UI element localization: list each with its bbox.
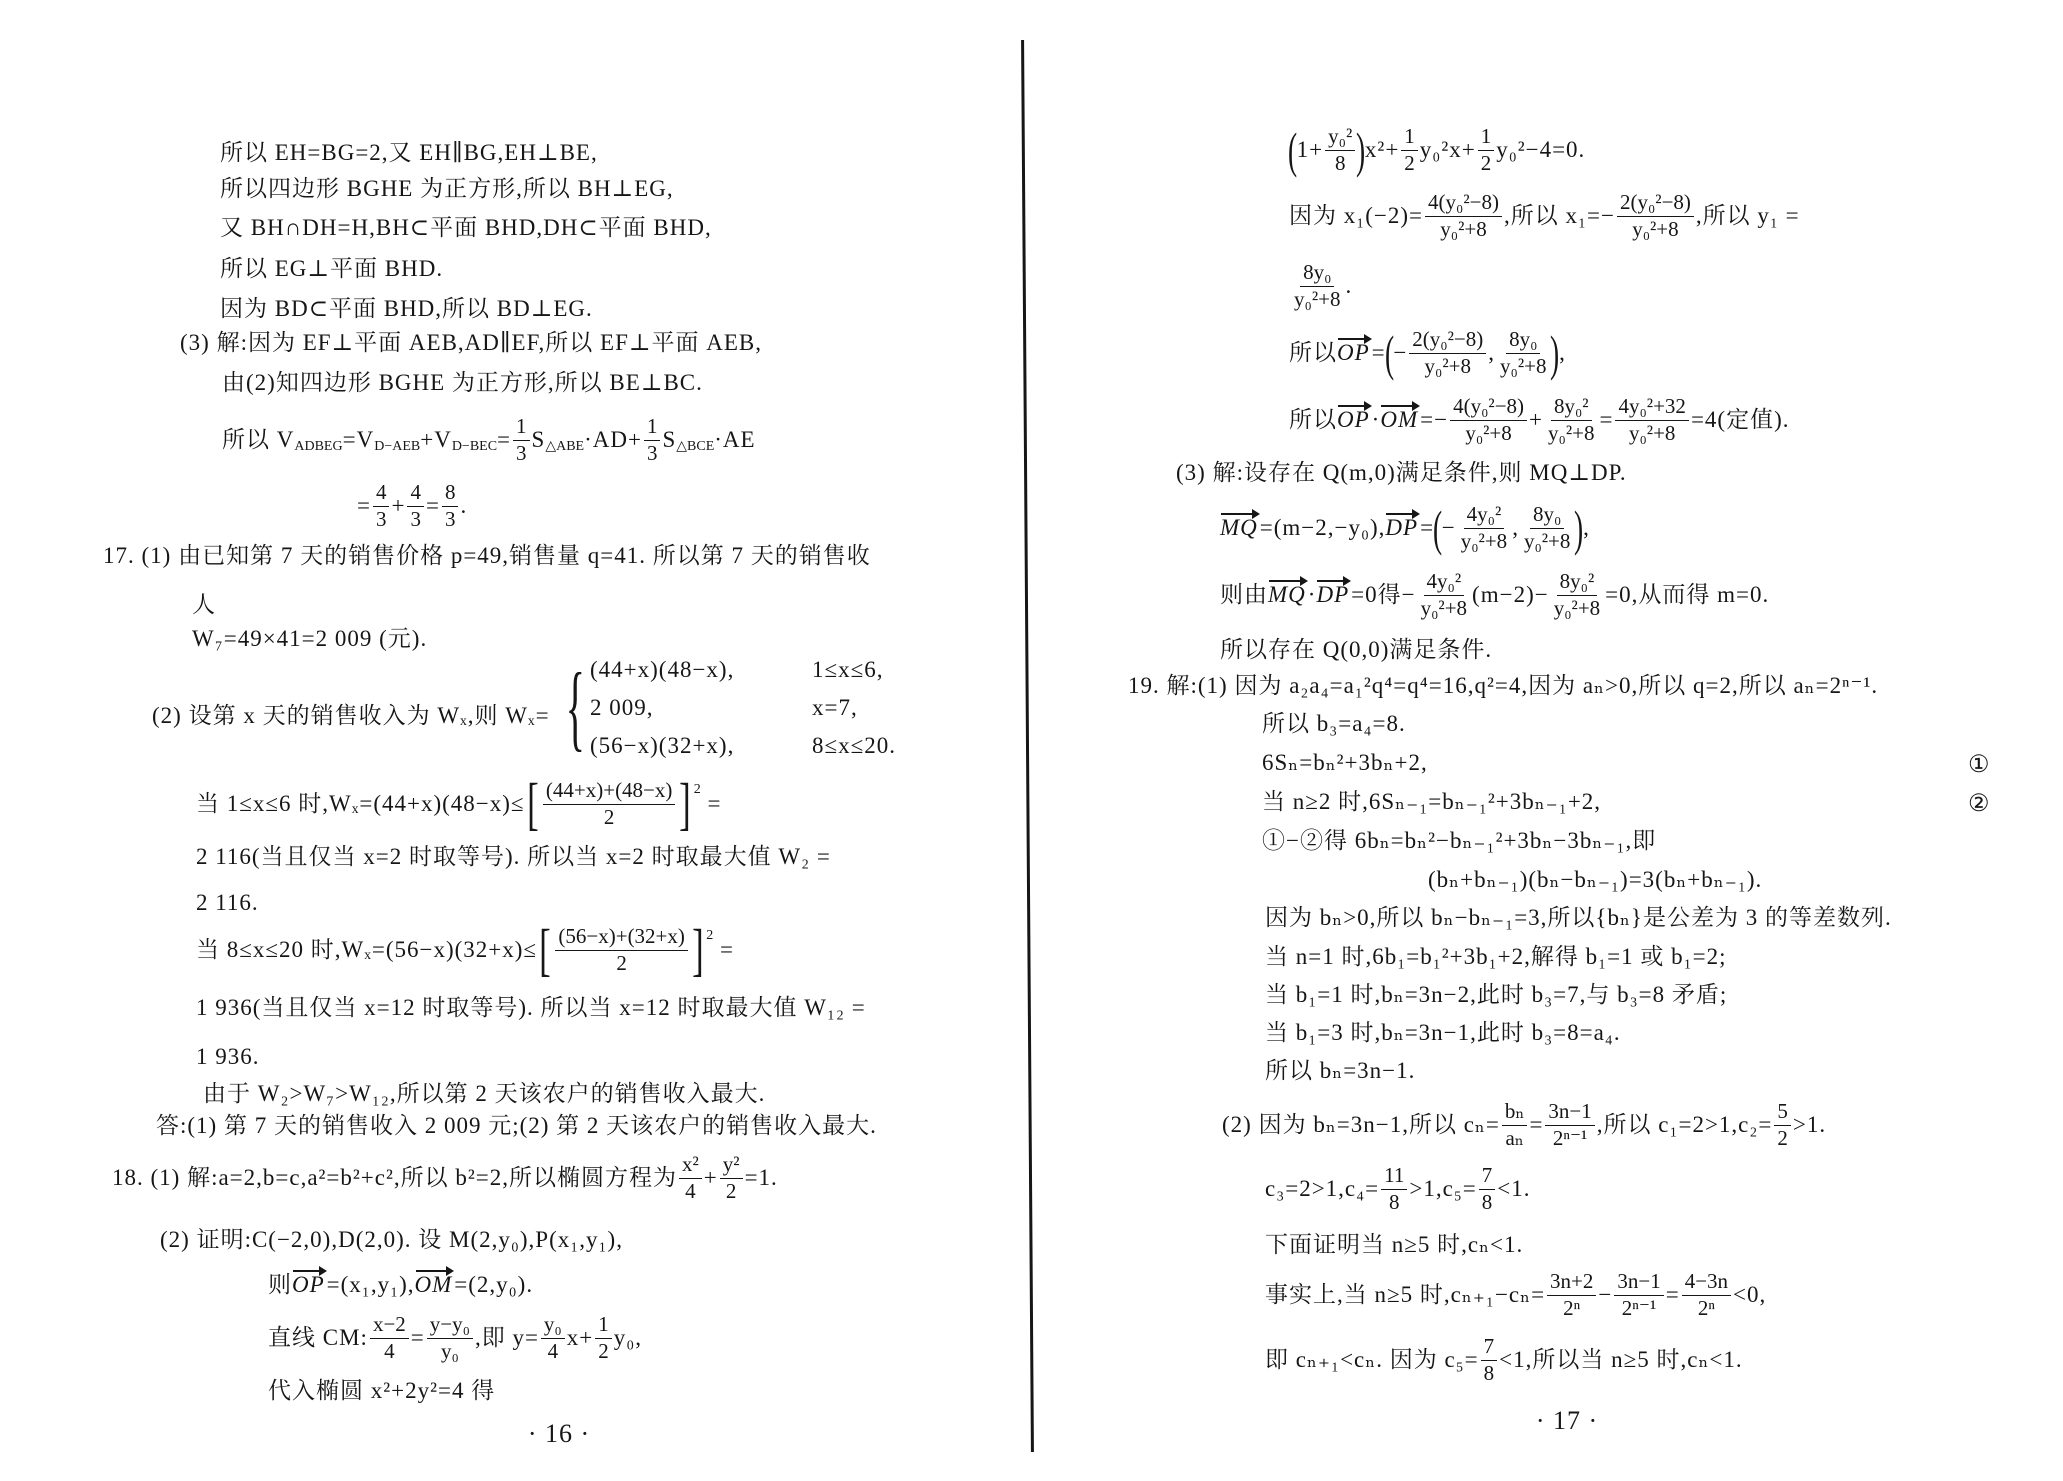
line-text: 所以 — [1289, 339, 1337, 367]
line-text: 所以 bₙ=3n−1. — [1265, 1057, 1415, 1085]
fraction: 52 — [1774, 1100, 1791, 1150]
denominator: 8 — [1386, 1190, 1403, 1215]
fraction: 12 — [1401, 125, 1418, 175]
left-paren: ( — [1385, 328, 1395, 378]
numerator: bₙ — [1502, 1100, 1528, 1126]
line-text: − — [1393, 339, 1407, 367]
denominator: y₀²+8 — [1458, 529, 1510, 554]
line-text: =− — [1420, 406, 1448, 434]
denominator: 2 — [1774, 1126, 1791, 1151]
numerator: 4(y₀²−8) — [1450, 395, 1527, 421]
line-text: 下面证明当 n≥5 时,cₙ<1. — [1265, 1231, 1523, 1259]
fraction: 78 — [1481, 1335, 1498, 1385]
denominator: y₀²+8 — [1291, 287, 1343, 312]
denominator: y₀²+8 — [1626, 421, 1678, 446]
line-text: =(m−2,−y₀), — [1260, 514, 1386, 542]
line-text: c₃=2>1,c₄= — [1265, 1175, 1379, 1203]
line-text: (bₙ+bₙ₋₁)(bₙ−bₙ₋₁)=3(bₙ+bₙ₋₁). — [1428, 866, 1762, 894]
line-text: ,所以 y₁ = — [1696, 202, 1800, 230]
vector-arrow: OP — [1337, 406, 1372, 434]
line-text: 即 cₙ₊₁<cₙ. 因为 c₅= — [1265, 1346, 1479, 1374]
line-text: 事实上,当 n≥5 时,cₙ₊₁−cₙ= — [1265, 1281, 1545, 1309]
line-text: 当 n=1 时,6b₁=b₁²+3b₁+2,解得 b₁=1 或 b₁=2; — [1265, 943, 1726, 971]
right-paren: ) — [1356, 125, 1366, 175]
numerator: 7 — [1479, 1164, 1496, 1190]
line-text: − — [1598, 1281, 1612, 1309]
denominator: 2 — [1401, 151, 1418, 176]
line-text: (3) 解:设存在 Q(m,0)满足条件,则 MQ⊥DP. — [1176, 459, 1627, 487]
line-text: 则由 — [1220, 581, 1268, 609]
line-text: =4(定值). — [1691, 406, 1790, 434]
line-text: (2) 因为 bₙ=3n−1,所以 cₙ= — [1222, 1111, 1500, 1139]
numerator: 2(y₀²−8) — [1409, 328, 1486, 354]
denominator: aₙ — [1502, 1126, 1526, 1151]
line-text: 当 b₁=3 时,bₙ=3n−1,此时 b₃=8=a₄. — [1265, 1019, 1621, 1047]
numerator: 8y₀² — [1551, 395, 1592, 421]
line-text: =0得− — [1351, 581, 1415, 609]
vector-arrow: OP — [1337, 339, 1372, 367]
denominator: 2ⁿ⁻¹ — [1550, 1126, 1591, 1151]
denominator: y₀²+8 — [1418, 596, 1470, 621]
fraction: y₀²8 — [1325, 125, 1355, 175]
vector-arrow: MQ — [1220, 514, 1260, 542]
fraction: 4−3n2ⁿ — [1682, 1270, 1731, 1320]
line-text: = — [1666, 1281, 1680, 1309]
fraction: 3n−12ⁿ⁻¹ — [1614, 1270, 1663, 1320]
denominator: 8 — [1479, 1190, 1496, 1215]
denominator: 8 — [1481, 1361, 1498, 1386]
line-text: <1,所以当 n≥5 时,cₙ<1. — [1499, 1346, 1742, 1374]
line-text: >1,c₅= — [1409, 1175, 1476, 1203]
line-text: 6Sₙ=bₙ²+3bₙ+2, — [1262, 749, 1428, 777]
line-text: . — [1345, 272, 1352, 300]
line-text: y₀²x+ — [1420, 136, 1476, 164]
fraction: 4y₀²y₀²+8 — [1458, 503, 1510, 553]
denominator: y₀²+8 — [1497, 354, 1549, 379]
line-text: ①−②得 6bₙ=bₙ²−bₙ₋₁²+3bₙ−3bₙ₋₁,即 — [1262, 827, 1656, 855]
right-page: ( 1+ y₀²8 ) x²+ 12 y₀²x+ 12 y₀²−4=0. 因为 … — [0, 0, 2063, 1481]
line-text: , — [1583, 514, 1590, 542]
line-text: , — [1559, 339, 1566, 367]
denominator: y₀²+8 — [1521, 529, 1573, 554]
line-text: ,所以 c₁=2>1,c₂= — [1597, 1111, 1773, 1139]
numerator: 11 — [1381, 1164, 1407, 1190]
denominator: 2 — [1478, 151, 1495, 176]
numerator: 3n−1 — [1545, 1100, 1594, 1126]
denominator: y₀²+8 — [1551, 596, 1603, 621]
numerator: 8y₀ — [1300, 261, 1334, 287]
vector-arrow: OM — [1380, 406, 1420, 434]
line-text: = — [1529, 1111, 1543, 1139]
line-text: =0,从而得 m=0. — [1605, 581, 1769, 609]
numerator: 8y₀ — [1530, 503, 1564, 529]
line-text: − — [1442, 514, 1456, 542]
fraction: 3n+22ⁿ — [1547, 1270, 1596, 1320]
denominator: y₀²+8 — [1462, 421, 1514, 446]
line-text: 所以存在 Q(0,0)满足条件. — [1220, 636, 1492, 664]
vector-arrow: MQ — [1268, 581, 1308, 609]
numerator: 5 — [1774, 1100, 1791, 1126]
numerator: 7 — [1481, 1335, 1498, 1361]
numerator: 1 — [1401, 125, 1418, 151]
fraction: 2(y₀²−8)y₀²+8 — [1409, 328, 1486, 378]
line-text: 所以 b₃=a₄=8. — [1262, 710, 1406, 738]
line-text: = — [1420, 514, 1434, 542]
numerator: 4y₀²+32 — [1615, 395, 1688, 421]
left-paren: ( — [1288, 125, 1298, 175]
line-text: >1. — [1793, 1111, 1826, 1139]
denominator: 2ⁿ — [1560, 1296, 1583, 1321]
fraction: 4(y₀²−8)y₀²+8 — [1425, 191, 1502, 241]
fraction: 4y₀²y₀²+8 — [1418, 570, 1470, 620]
line-text: 因为 x₁(−2)= — [1289, 202, 1423, 230]
line-text: 当 b₁=1 时,bₙ=3n−2,此时 b₃=7,与 b₃=8 矛盾; — [1265, 981, 1727, 1009]
line-text: , — [1488, 339, 1495, 367]
line-text: 19. 解:(1) 因为 a₂a₄=a₁²q⁴=q⁴=16,q²=4,因为 aₙ… — [1128, 672, 1878, 700]
numerator: 2(y₀²−8) — [1617, 191, 1694, 217]
numerator: 8y₀ — [1506, 328, 1540, 354]
denominator: 8 — [1332, 151, 1349, 176]
denominator: y₀²+8 — [1629, 217, 1681, 242]
numerator: 8y₀² — [1557, 570, 1598, 596]
numerator: 4y₀² — [1424, 570, 1465, 596]
numerator: 4y₀² — [1464, 503, 1505, 529]
line-text: y₀²−4=0. — [1496, 136, 1585, 164]
line-text: <1. — [1497, 1175, 1530, 1203]
denominator: y₀²+8 — [1545, 421, 1597, 446]
line-text: (m−2)− — [1472, 581, 1549, 609]
numerator: 4(y₀²−8) — [1425, 191, 1502, 217]
numerator: 3n−1 — [1614, 1270, 1663, 1296]
fraction: 3n−12ⁿ⁻¹ — [1545, 1100, 1594, 1150]
fraction: 8y₀y₀²+8 — [1291, 261, 1343, 311]
numerator: 3n+2 — [1547, 1270, 1596, 1296]
vector-arrow: DP — [1316, 581, 1351, 609]
line-text: + — [1529, 406, 1543, 434]
fraction: 8y₀y₀²+8 — [1497, 328, 1549, 378]
fraction: 4(y₀²−8)y₀²+8 — [1450, 395, 1527, 445]
fraction: 78 — [1479, 1164, 1496, 1214]
numerator: y₀² — [1325, 125, 1355, 151]
line-text: = — [1372, 339, 1386, 367]
numerator: 4−3n — [1682, 1270, 1731, 1296]
fraction: 8y₀y₀²+8 — [1521, 503, 1573, 553]
fraction: 4y₀²+32y₀²+8 — [1615, 395, 1688, 445]
left-paren: ( — [1433, 503, 1443, 553]
denominator: y₀²+8 — [1422, 354, 1474, 379]
numerator: 1 — [1478, 125, 1495, 151]
fraction: 12 — [1478, 125, 1495, 175]
fraction: 8y₀²y₀²+8 — [1545, 395, 1597, 445]
line-text: · — [1372, 406, 1381, 434]
vector-arrow: DP — [1385, 514, 1420, 542]
denominator: 2ⁿ⁻¹ — [1619, 1296, 1660, 1321]
line-text: , — [1512, 514, 1519, 542]
line-text: 因为 bₙ>0,所以 bₙ−bₙ₋₁=3,所以{bₙ}是公差为 3 的等差数列. — [1265, 904, 1892, 932]
denominator: y₀²+8 — [1437, 217, 1489, 242]
line-text: ,所以 x₁=− — [1504, 202, 1615, 230]
denominator: 2ⁿ — [1695, 1296, 1718, 1321]
line-text: 1+ — [1297, 136, 1323, 164]
line-text: x²+ — [1365, 136, 1399, 164]
line-text: 所以 — [1289, 406, 1337, 434]
line-text: <0, — [1733, 1281, 1766, 1309]
fraction: 8y₀²y₀²+8 — [1551, 570, 1603, 620]
line-text: = — [1599, 406, 1613, 434]
fraction: bₙaₙ — [1502, 1100, 1528, 1150]
right-paren: ) — [1574, 503, 1584, 553]
right-paren: ) — [1550, 328, 1560, 378]
fraction: 118 — [1381, 1164, 1407, 1214]
line-text: 当 n≥2 时,6Sₙ₋₁=bₙ₋₁²+3bₙ₋₁+2, — [1262, 788, 1601, 816]
fraction: 2(y₀²−8)y₀²+8 — [1617, 191, 1694, 241]
